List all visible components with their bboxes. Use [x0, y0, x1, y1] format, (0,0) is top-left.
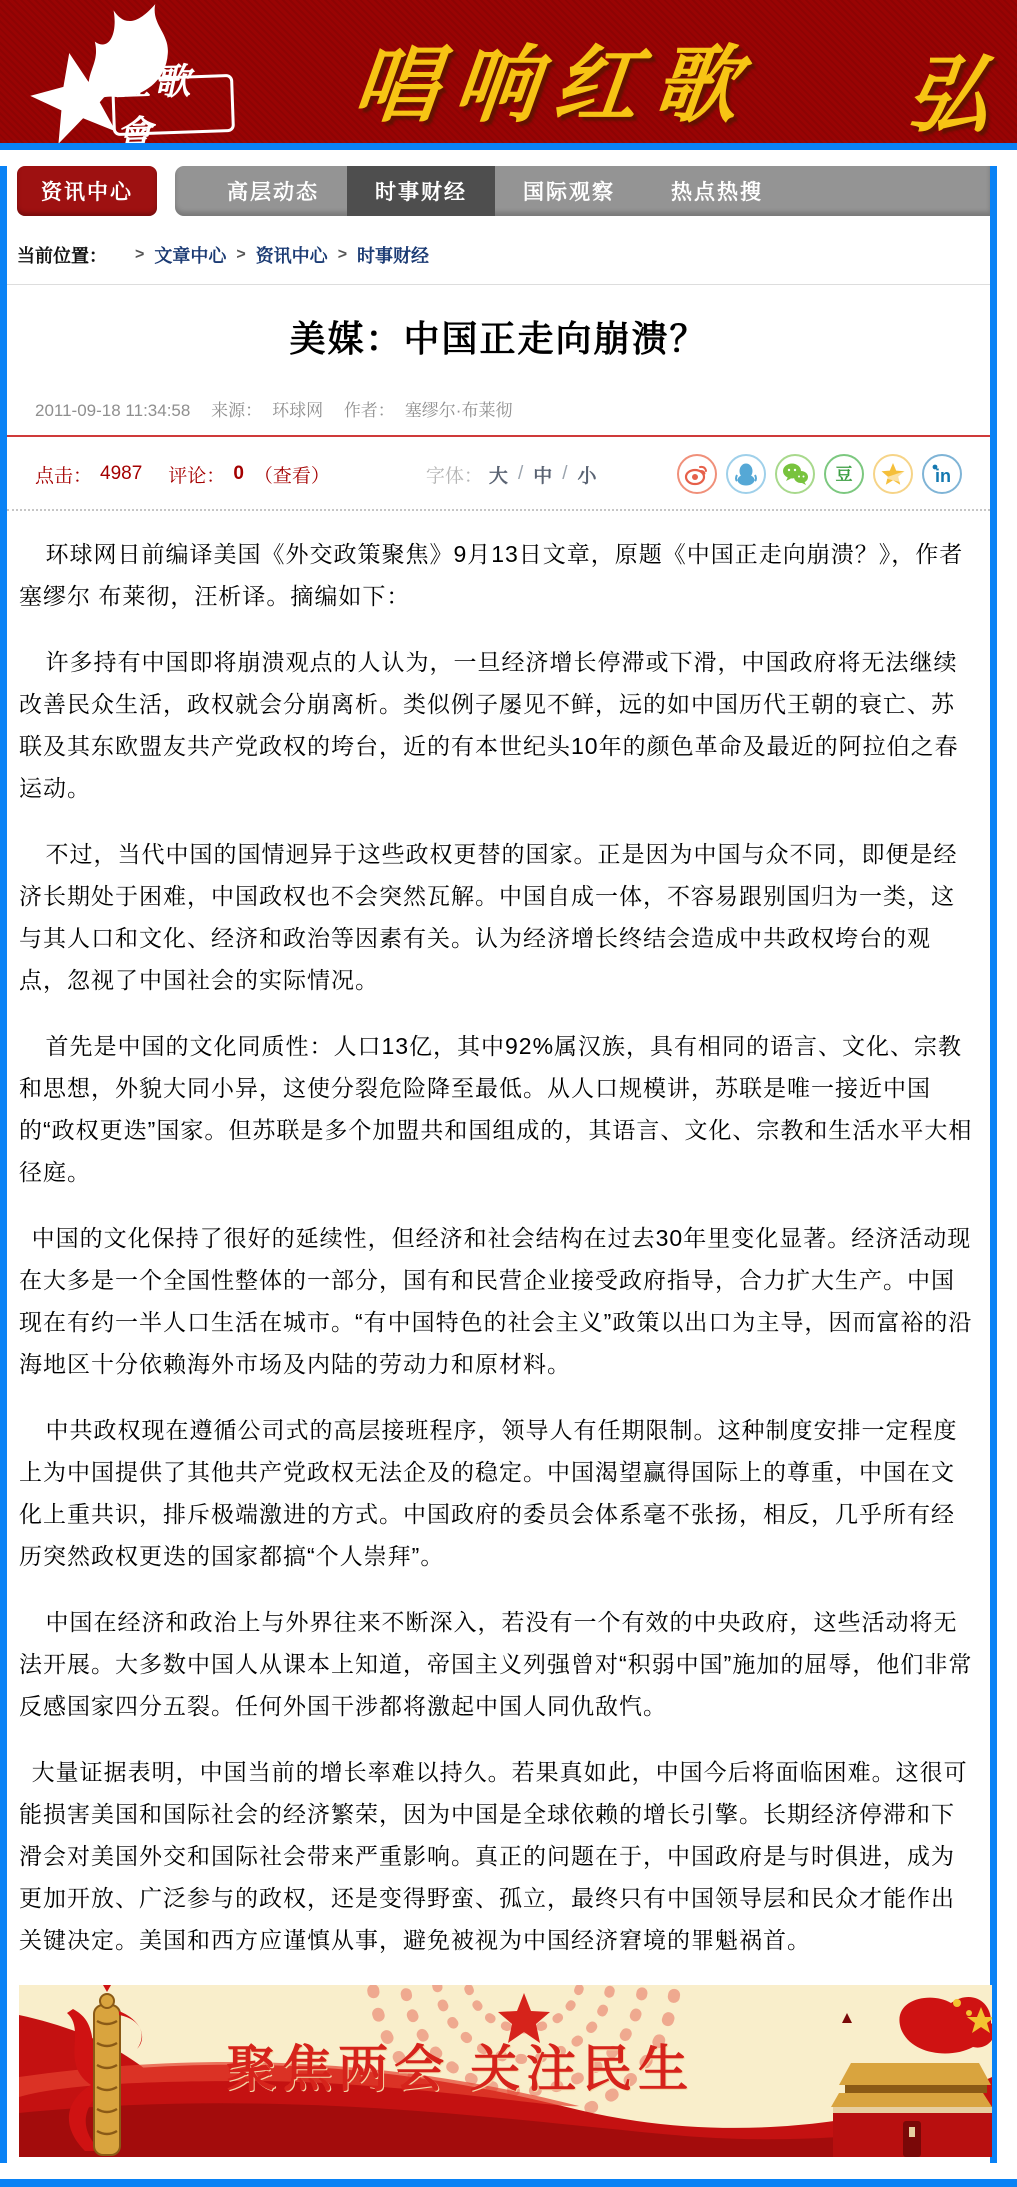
- banner-slogan: 唱响红歌: [349, 18, 762, 139]
- breadcrumb-separator: >: [236, 246, 245, 264]
- red-divider: [7, 435, 990, 437]
- clicks-label: 点击：: [35, 461, 92, 488]
- qq-icon: [733, 461, 759, 487]
- bottom-gap: [0, 2163, 1017, 2179]
- paragraph: 中国在经济和政治上与外界往来不断深入，若没有一个有效的中央政府，这些活动将无法开…: [19, 1601, 978, 1727]
- breadcrumb-separator: >: [338, 246, 347, 264]
- svg-text:in: in: [935, 466, 951, 486]
- weibo-icon: [684, 461, 710, 487]
- paragraph: 中国的文化保持了很好的延续性，但经济和社会结构在过去30年里变化显著。经济活动现…: [19, 1217, 978, 1385]
- nav-tab-bar: 高层动态 时事财经 国际观察 热点热搜: [175, 166, 990, 216]
- page-frame: 资讯中心 高层动态 时事财经 国际观察 热点热搜 当前位置： > 文章中心 > …: [0, 166, 997, 2163]
- article-datetime: 2011-09-18 11:34:58: [35, 401, 190, 420]
- tab-shishi-caijing[interactable]: 时事财经: [347, 166, 495, 216]
- tab-redian-resou[interactable]: 热点热搜: [643, 166, 791, 216]
- site-banner: 红歌會 唱响红歌 弘: [0, 0, 1017, 143]
- article-toolbar: 点击： 4987 评论： 0 （查看） 字体： 大 / 中 / 小: [35, 453, 962, 495]
- breadcrumb: 当前位置： > 文章中心 > 资讯中心 > 时事财经: [17, 242, 990, 268]
- author-label: 作者：: [344, 401, 395, 420]
- breadcrumb-separator: >: [135, 246, 144, 264]
- breadcrumb-link-article-center[interactable]: 文章中心: [154, 242, 226, 268]
- article-author: 塞缪尔·布莱彻: [405, 401, 513, 420]
- breadcrumb-link-info-center[interactable]: 资讯中心: [256, 242, 328, 268]
- font-size-small[interactable]: 小: [578, 461, 597, 488]
- article-title: 美媒：中国正走向崩溃？: [7, 311, 990, 362]
- breadcrumb-link-shishi-caijing[interactable]: 时事财经: [357, 242, 429, 268]
- view-comments-link[interactable]: （查看）: [254, 461, 330, 488]
- qq-share-icon[interactable]: [726, 454, 766, 494]
- font-size-control: 字体： 大 / 中 / 小: [426, 461, 603, 488]
- douban-share-icon[interactable]: 豆: [824, 454, 864, 494]
- paragraph: 大量证据表明，中国当前的增长率难以持久。若果真如此，中国今后将面临困难。这很可能…: [19, 1751, 978, 1961]
- paragraph: 环球网日前编译美国《外交政策聚焦》9月13日文章，原题《中国正走向崩溃？》，作者…: [19, 533, 978, 617]
- promo-banner-text: 聚焦两会 关注民生: [226, 2029, 694, 2101]
- font-size-medium[interactable]: 中: [533, 461, 552, 488]
- top-divider: [0, 143, 1017, 150]
- wechat-icon: [781, 461, 809, 487]
- clicks-count: 4987: [100, 463, 142, 485]
- source-label: 来源：: [211, 401, 262, 420]
- share-bar: 豆 in: [677, 454, 962, 494]
- weibo-share-icon[interactable]: [677, 454, 717, 494]
- font-size-large[interactable]: 大: [489, 461, 508, 488]
- logo-stamp: 红歌會: [111, 74, 235, 136]
- qzone-star-icon: [880, 461, 906, 487]
- article-stats: 点击： 4987 评论： 0 （查看）: [35, 461, 330, 488]
- paragraph: 中共政权现在遵循公司式的高层接班程序，领导人有任期限制。这种制度安排一定程度上为…: [19, 1409, 978, 1577]
- main-nav: 资讯中心 高层动态 时事财经 国际观察 热点热搜: [17, 166, 990, 216]
- qzone-share-icon[interactable]: [873, 454, 913, 494]
- article-source: 环球网: [272, 401, 323, 420]
- nav-section-button[interactable]: 资讯中心: [17, 166, 157, 216]
- paragraph: 首先是中国的文化同质性：人口13亿，其中92%属汉族，具有相同的语言、文化、宗教…: [19, 1025, 978, 1193]
- font-size-separator: /: [518, 463, 523, 485]
- site-logo[interactable]: 红歌會: [28, 0, 248, 143]
- font-size-separator: /: [562, 463, 567, 485]
- paragraph: 不过，当代中国的国情迥异于这些政权更替的国家。正是因为中国与众不同，即便是经济长…: [19, 833, 978, 1001]
- breadcrumb-divider: [7, 284, 990, 285]
- banner-slogan-right: 弘: [901, 28, 998, 143]
- comments-label: 评论：: [168, 461, 225, 488]
- douban-icon: 豆: [831, 461, 857, 487]
- article-body: 环球网日前编译美国《外交政策聚焦》9月13日文章，原题《中国正走向崩溃？》，作者…: [7, 511, 990, 1961]
- page-bottom-border: [0, 2179, 1017, 2187]
- tab-guoji-guancha[interactable]: 国际观察: [495, 166, 643, 216]
- paragraph: 许多持有中国即将崩溃观点的人认为，一旦经济增长停滞或下滑，中国政府将无法继续改善…: [19, 641, 978, 809]
- comments-count: 0: [233, 463, 244, 485]
- wechat-share-icon[interactable]: [775, 454, 815, 494]
- breadcrumb-label: 当前位置：: [17, 242, 107, 268]
- linkedin-icon: in: [929, 461, 955, 487]
- tab-gaoceng-dongtai[interactable]: 高层动态: [199, 166, 347, 216]
- article-meta: 2011-09-18 11:34:58 来源：环球网 作者：塞缪尔·布莱彻: [35, 396, 990, 421]
- font-size-label: 字体：: [426, 461, 483, 488]
- svg-text:豆: 豆: [836, 465, 853, 484]
- linkedin-share-icon[interactable]: in: [922, 454, 962, 494]
- promo-banner[interactable]: 聚焦两会 关注民生: [19, 1985, 978, 2157]
